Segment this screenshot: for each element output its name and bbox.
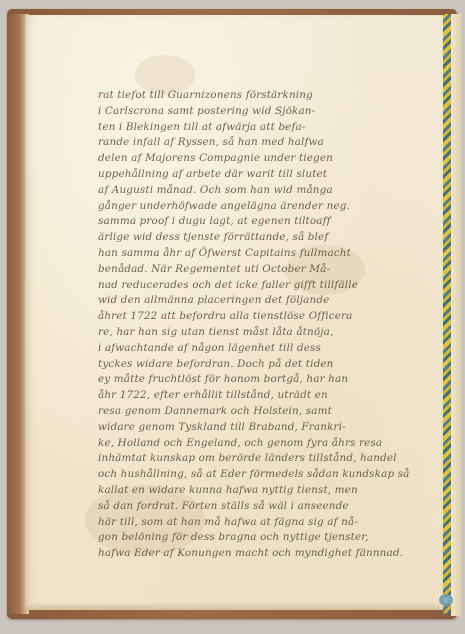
text-line: af Augusti månad. Och som han wid många bbox=[98, 183, 418, 199]
text-line: wid den allmänna placeringen det följand… bbox=[98, 293, 418, 309]
adjacent-page-edge bbox=[451, 14, 461, 616]
text-line: nad reducerades och det icke faller giff… bbox=[98, 278, 418, 294]
text-line: i afwachtande af någon lägenhet till des… bbox=[98, 341, 418, 357]
text-line: så dan fordrat. Förten ställs så wäl i a… bbox=[98, 499, 418, 515]
text-line: i Carlscrona samt postering wid Sjökan- bbox=[98, 104, 418, 120]
text-line: samma proof i dugu lagt, at egenen tilto… bbox=[98, 214, 418, 230]
text-line: han samma åhr af Öfwerst Capitains fullm… bbox=[98, 246, 418, 262]
text-line: rande infall af Ryssen, så han med halfw… bbox=[98, 135, 418, 151]
text-line: och hushållning, så at Eder förmedels så… bbox=[98, 467, 418, 483]
handwritten-text-block: rat tiefot till Guarnizonens förstärknin… bbox=[98, 88, 418, 562]
text-line: gon belöning för dess bragna och nyttige… bbox=[98, 530, 418, 546]
bookmark-cord bbox=[443, 14, 451, 614]
text-line: hafwa Eder af Konungen macht och myndigh… bbox=[98, 546, 418, 562]
text-line: delen af Majorens Compagnie under tiegen bbox=[98, 151, 418, 167]
text-line: resa genom Dannemark och Holstein, samt bbox=[98, 404, 418, 420]
page-bottom-edge bbox=[30, 603, 440, 609]
text-line: ey måtte fruchtlöst för honom bortgå, ha… bbox=[98, 372, 418, 388]
text-line: uppehållning af arbete där warit till sl… bbox=[98, 167, 418, 183]
text-line: gånger underhöfwade angelägna ärender ne… bbox=[98, 199, 418, 215]
text-line: åhr 1722, efter erhållit tillstånd, uträ… bbox=[98, 388, 418, 404]
text-line: ärlige wid dess tjenste förrättande, så … bbox=[98, 230, 418, 246]
text-line: här till, som at han må hafwa at fägna s… bbox=[98, 515, 418, 531]
cord-tassel bbox=[439, 594, 453, 606]
text-line: rat tiefot till Guarnizonens förstärknin… bbox=[98, 88, 418, 104]
text-line: tyckes widare befordran. Doch på det tid… bbox=[98, 357, 418, 373]
text-line: re, har han sig utan tienst måst låta åt… bbox=[98, 325, 418, 341]
text-line: ten i Blekingen till at afwärja att befa… bbox=[98, 120, 418, 136]
text-line: kallat en widare kunna hafwa nyttig tien… bbox=[98, 483, 418, 499]
text-line: benådad. När Regementet uti October Må- bbox=[98, 262, 418, 278]
text-line: widare genom Tyskland till Braband, Fran… bbox=[98, 420, 418, 436]
text-line: åhret 1722 att befordra alla tienstlöse … bbox=[98, 309, 418, 325]
text-line: ke, Holland och Engeland, och genom fyra… bbox=[98, 436, 418, 452]
text-line: inhämtat kunskap om berörde länders till… bbox=[98, 451, 418, 467]
